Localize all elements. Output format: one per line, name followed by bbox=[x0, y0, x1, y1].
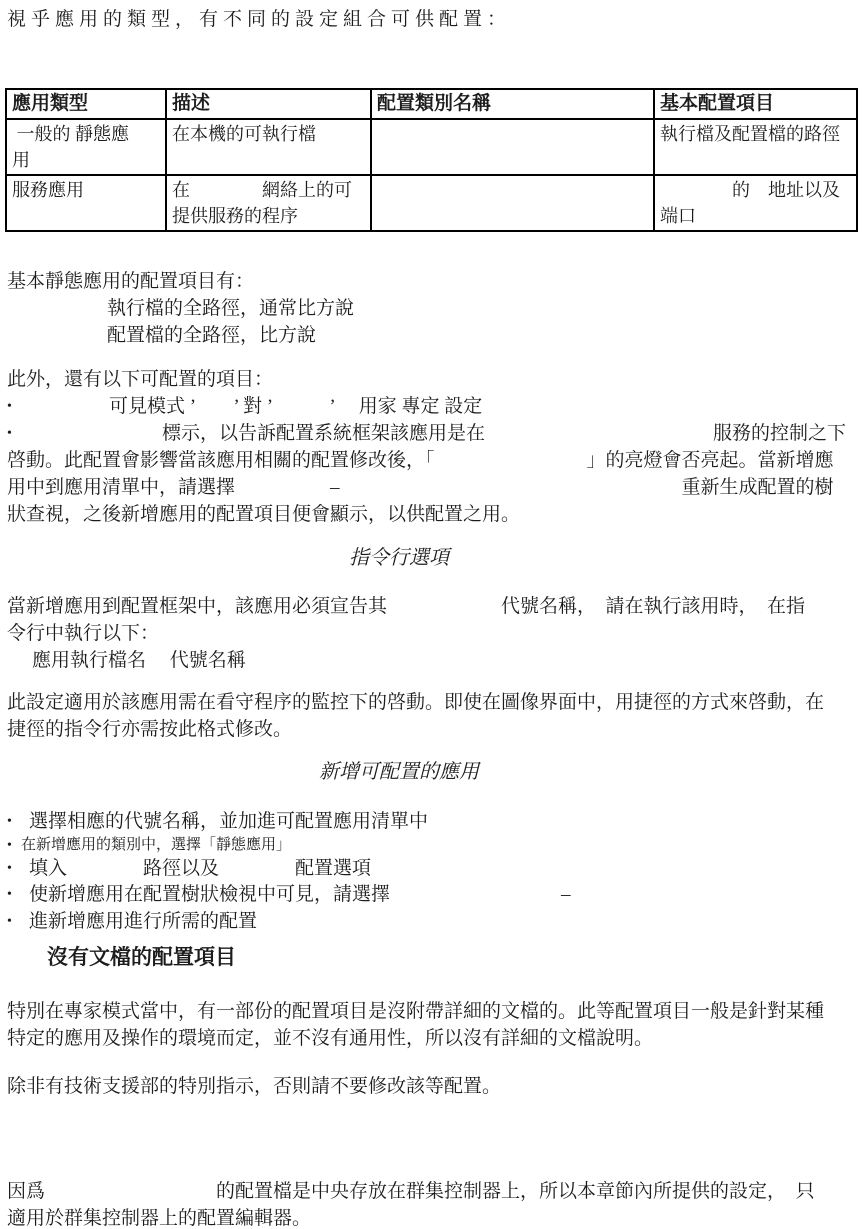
options-bullet-flag: • 標示，以告訴配置系統框架該應用是在 服務的控制之下 bbox=[7, 420, 859, 447]
section-cluster: 因爲 的配置檔是中央存放在群集控制器上，所以本章節內所提供的設定， 只 適用於群… bbox=[7, 1178, 859, 1229]
watchdog-paragraph-line: 捷徑的指令行亦需按此格式修改。 bbox=[7, 716, 859, 743]
bullet-text: 進新增應用進行所需的配置 bbox=[29, 908, 257, 935]
addapp-step: • 使新增應用在配置樹狀檢視中可見，請選擇 – bbox=[7, 882, 859, 908]
addapp-step: • 進新增應用進行所需的配置 bbox=[7, 908, 859, 935]
section-add-app-steps: • 選擇相應的代號名稱，並加進可配置應用清單中 • 在新增應用的類別中，選擇「靜… bbox=[7, 808, 859, 935]
bullet-icon: • bbox=[7, 393, 21, 420]
section-undocumented: 特別在專家模式當中，有一部份的配置項目是沒附帶詳細的文檔的。此等配置項目一般是針… bbox=[7, 998, 859, 1052]
cluster-paragraph-line: 適用於群集控制器上的配置編輯器。 bbox=[7, 1205, 859, 1229]
nodoc-paragraph-line: 特定的應用及操作的環境而定，並不沒有通用性，所以沒有詳細的文檔說明。 bbox=[7, 1025, 859, 1052]
options-bullet-visibility: • 可見模式 ’ ’ 對 ’ ’ 用家 專定 設定 bbox=[7, 393, 859, 420]
bullet-icon: • bbox=[7, 882, 21, 908]
heading-command-line-options: 指令行選項 bbox=[0, 545, 863, 572]
table-row: 一般的 靜態應 用 在本機的可執行檔 執行檔及配置檔的路徑 bbox=[6, 119, 857, 175]
basics-title: 基本靜態應用的配置項目有： bbox=[7, 268, 859, 295]
watchdog-paragraph-line: 此設定適用於該應用需在看守程序的監控下的啓動。即使在圖像界面中，用捷徑的方式來啓… bbox=[7, 689, 859, 716]
bullet-icon: • bbox=[7, 908, 21, 935]
cmdline-example: 應用執行檔名 代號名稱 bbox=[7, 647, 859, 674]
heading-undocumented-items: 沒有文檔的配置項目 bbox=[7, 943, 863, 971]
section-watchdog: 此設定適用於該應用需在看守程序的監控下的啓動。即使在圖像界面中，用捷徑的方式來啓… bbox=[7, 689, 859, 743]
basics-item-exe-path: 執行檔的全路徑，通常比方說 bbox=[7, 295, 859, 322]
cluster-paragraph-line: 因爲 的配置檔是中央存放在群集控制器上，所以本章節內所提供的設定， 只 bbox=[7, 1178, 859, 1205]
table-cell-app-type: 一般的 靜態應 用 bbox=[6, 119, 166, 175]
table-cell-category-name bbox=[371, 119, 654, 175]
addapp-step: • 填入 路徑以及 配置選項 bbox=[7, 856, 859, 882]
bullet-text: 標示，以告訴配置系統框架該應用是在 服務的控制之下 bbox=[162, 420, 846, 447]
bullet-icon: • bbox=[7, 856, 21, 882]
nodoc-paragraph-line: 特別在專家模式當中，有一部份的配置項目是沒附帶詳細的文檔的。此等配置項目一般是針… bbox=[7, 998, 859, 1025]
bullet-text: 使新增應用在配置樹狀檢視中可見，請選擇 – bbox=[29, 882, 571, 908]
bullet-icon: • bbox=[7, 808, 21, 835]
table-cell-basic-items: 的 地址以及 端口 bbox=[654, 175, 857, 231]
options-paragraph-line: 啓動。此配置會影響當該應用相關的配置修改後，「 」的亮燈會否亮起。當新增應 bbox=[7, 447, 859, 474]
bullet-text: 在新增應用的類別中，選擇「靜態應用」 bbox=[21, 835, 291, 856]
cmdline-paragraph-line: 令行中執行以下： bbox=[7, 620, 859, 647]
bullet-icon: • bbox=[7, 835, 21, 856]
bullet-text: 選擇相應的代號名稱，並加進可配置應用清單中 bbox=[29, 808, 428, 835]
bullet-text: 填入 路徑以及 配置選項 bbox=[29, 856, 371, 882]
section-additional-options: 此外，還有以下可配置的項目： • 可見模式 ’ ’ 對 ’ ’ 用家 專定 設定… bbox=[7, 366, 859, 528]
basics-item-config-path: 配置檔的全路徑，比方說 bbox=[7, 322, 859, 349]
table-header-row: 應用類型 描述 配置類別名稱 基本配置項目 bbox=[6, 89, 857, 119]
section-basic-items: 基本靜態應用的配置項目有： 執行檔的全路徑，通常比方說 配置檔的全路徑，比方說 bbox=[7, 268, 859, 349]
config-table: 應用類型 描述 配置類別名稱 基本配置項目 一般的 靜態應 用 在本機的可執行檔… bbox=[5, 88, 858, 232]
addapp-step-small: • 在新增應用的類別中，選擇「靜態應用」 bbox=[7, 835, 859, 856]
table-cell-basic-items: 執行檔及配置檔的路徑 bbox=[654, 119, 857, 175]
bullet-text: 可見模式 ’ ’ 對 ’ ’ 用家 專定 設定 bbox=[109, 393, 482, 420]
table-cell-description: 在 網絡上的可 提供服務的程序 bbox=[166, 175, 371, 231]
col-header-description: 描述 bbox=[166, 89, 371, 119]
options-title: 此外，還有以下可配置的項目： bbox=[7, 366, 859, 393]
col-header-basic-items: 基本配置項目 bbox=[654, 89, 857, 119]
table-cell-description: 在本機的可執行檔 bbox=[166, 119, 371, 175]
intro-line: 視乎應用的類型，有不同的設定組合可供配置： bbox=[7, 6, 859, 33]
heading-add-configurable-app: 新增可配置的應用 bbox=[0, 759, 863, 786]
table-row: 服務應用 在 網絡上的可 提供服務的程序 的 地址以及 端口 bbox=[6, 175, 857, 231]
addapp-step: • 選擇相應的代號名稱，並加進可配置應用清單中 bbox=[7, 808, 859, 835]
options-paragraph-line: 用中到應用清單中，請選擇 – 重新生成配置的樹 bbox=[7, 474, 859, 501]
table-cell-category-name bbox=[371, 175, 654, 231]
col-header-category-name: 配置類別名稱 bbox=[371, 89, 654, 119]
table-cell-app-type: 服務應用 bbox=[6, 175, 166, 231]
options-paragraph-line: 狀查視，之後新增應用的配置項目便會顯示，以供配置之用。 bbox=[7, 501, 859, 528]
section-command-line: 當新增應用到配置框架中，該應用必須宣告其 代號名稱， 請在執行該用時， 在指 令… bbox=[7, 593, 859, 674]
col-header-app-type: 應用類型 bbox=[6, 89, 166, 119]
cmdline-paragraph-line: 當新增應用到配置框架中，該應用必須宣告其 代號名稱， 請在執行該用時， 在指 bbox=[7, 593, 859, 620]
bullet-icon: • bbox=[7, 420, 21, 447]
support-notice: 除非有技術支援部的特別指示，否則請不要修改該等配置。 bbox=[7, 1073, 859, 1100]
document-page: 視乎應用的類型，有不同的設定組合可供配置： 應用類型 描述 配置類別名稱 基本配… bbox=[0, 0, 863, 1229]
